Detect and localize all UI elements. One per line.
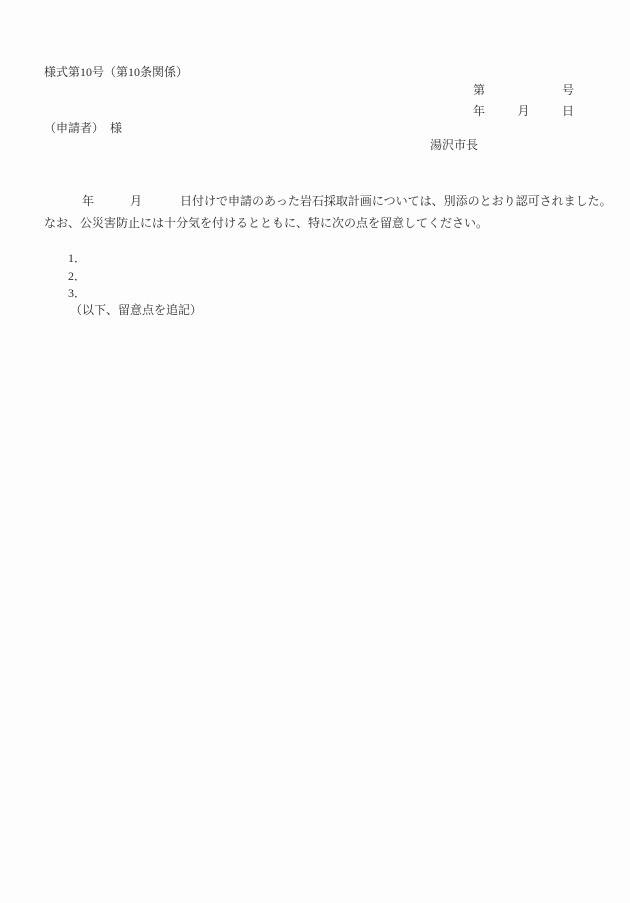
addressee-line: （申請者） 様 — [44, 121, 122, 136]
doc-number-prefix: 第 — [473, 83, 485, 98]
sender-line: 湯沢市長 — [430, 138, 478, 153]
doc-number-line: 第 号 — [473, 83, 574, 98]
body-line-1: 年 月 日付けで申請のあった岩石採取計画については、別添のとおり認可されました。 — [0, 194, 630, 209]
body-line-2: なお、公災害防止には十分気を付けるとともに、特に次の点を留意してください。 — [44, 216, 488, 231]
document-page: 様式第10号（第10条関係） 第 号 年 月 日 （申請者） 様 湯沢市長 年 … — [0, 0, 630, 903]
list-item-3: 3． — [68, 286, 86, 301]
note-line: （以下、留意点を追記） — [70, 303, 202, 318]
body-line-1-text: 日付けで申請のあった岩石採取計画については、別添のとおり認可されました。 — [180, 194, 612, 209]
date-day-label: 日 — [562, 104, 574, 119]
body-month-label: 月 — [130, 194, 142, 209]
doc-number-suffix: 号 — [562, 83, 574, 98]
body-year-label: 年 — [82, 194, 94, 209]
list-item-2: 2． — [68, 269, 86, 284]
date-month-label: 月 — [517, 104, 529, 119]
list-item-1: 1． — [68, 251, 86, 266]
form-number: 様式第10号（第10条関係） — [44, 65, 188, 80]
date-year-label: 年 — [473, 104, 485, 119]
date-line: 年 月 日 — [473, 104, 574, 119]
